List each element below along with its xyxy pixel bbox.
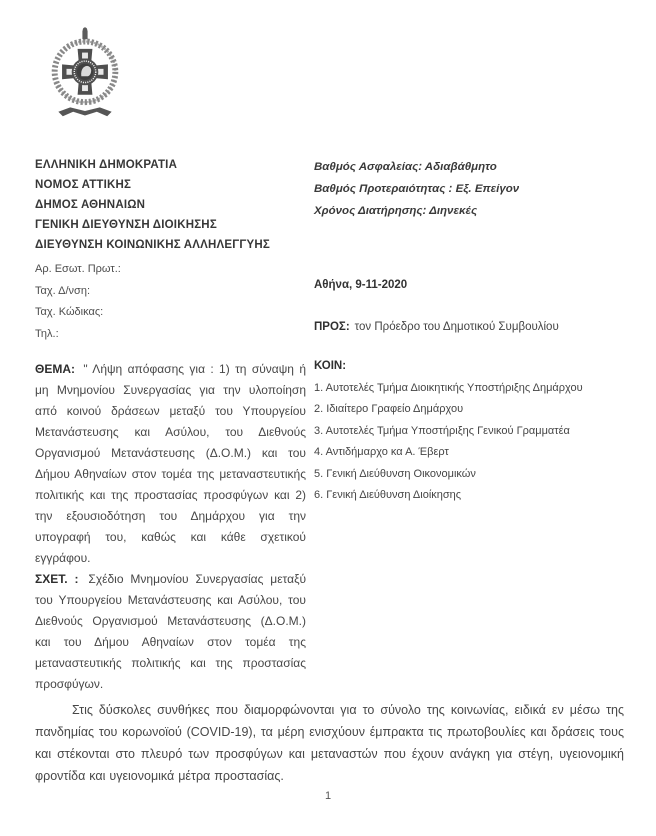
cc-list: ΚΟΙΝ: 1. Αυτοτελές Τμήμα Διοικητικής Υπο… [314,356,583,507]
date-line: Αθήνα, 9-11-2020 [314,279,407,291]
subject-label: ΘΕΜΑ: [35,362,75,376]
subject-section: ΘΕΜΑ: " Λήψη απόφασης για : 1) τη σύναψη… [35,359,306,695]
org-line: ΔΗΜΟΣ ΑΘΗΝΑΙΩΝ [35,195,270,215]
contact-line: Ταχ. Δ/νση: [35,281,121,303]
koin-label: ΚΟΙΝ: [314,356,583,378]
athens-coat-of-arms-logo [48,24,122,130]
contact-line: Ταχ. Κώδικας: [35,302,121,324]
pros-label: ΠΡΟΣ: [314,321,350,333]
classification-line: Βαθμός Προτεραιότητας : Εξ. Επείγον [314,178,519,200]
contact-info: Αρ. Εσωτ. Πρωτ.: Ταχ. Δ/νση: Ταχ. Κώδικα… [35,259,121,345]
recipient-line: ΠΡΟΣ:τον Πρόεδρο του Δημοτικού Συμβουλίο… [314,321,559,333]
classification-line: Βαθμός Ασφαλείας: Αδιαβάθμητο [314,156,519,178]
contact-line: Τηλ.: [35,324,121,346]
cc-item: 1. Αυτοτελές Τμήμα Διοικητικής Υποστήριξ… [314,378,583,400]
reference-text: Σχέδιο Μνημονίου Συνεργασίας μεταξύ του … [35,572,306,691]
pros-value: τον Πρόεδρο του Δημοτικού Συμβουλίου [355,321,559,333]
reference-paragraph: ΣΧΕΤ. : Σχέδιο Μνημονίου Συνεργασίας μετ… [35,569,306,695]
reference-label: ΣΧΕΤ. : [35,572,78,586]
page-number: 1 [0,790,656,802]
org-header: ΕΛΛΗΝΙΚΗ ΔΗΜΟΚΡΑΤΙΑ ΝΟΜΟΣ ΑΤΤΙΚΗΣ ΔΗΜΟΣ … [35,155,270,255]
cc-item: 2. Ιδιαίτερο Γραφείο Δημάρχου [314,399,583,421]
cc-item: 3. Αυτοτελές Τμήμα Υποστήριξης Γενικού Γ… [314,421,583,443]
cc-item: 4. Αντιδήμαρχο κα Α. Έβερτ [314,442,583,464]
subject-paragraph: ΘΕΜΑ: " Λήψη απόφασης για : 1) τη σύναψη… [35,359,306,569]
subject-text: " Λήψη απόφασης για : 1) τη σύναψη ή μη … [35,362,306,565]
org-line: ΝΟΜΟΣ ΑΤΤΙΚΗΣ [35,175,270,195]
document-page: ΕΛΛΗΝΙΚΗ ΔΗΜΟΚΡΑΤΙΑ ΝΟΜΟΣ ΑΤΤΙΚΗΣ ΔΗΜΟΣ … [0,0,656,836]
cc-item: 6. Γενική Διεύθυνση Διοίκησης [314,485,583,507]
contact-line: Αρ. Εσωτ. Πρωτ.: [35,259,121,281]
cc-item: 5. Γενική Διεύθυνση Οικονομικών [314,464,583,486]
classification-header: Βαθμός Ασφαλείας: Αδιαβάθμητο Βαθμός Προ… [314,156,519,222]
body-paragraph: Στις δύσκολες συνθήκες που διαμορφώνοντα… [35,699,624,787]
org-line: ΔΙΕΥΘΥΝΣΗ ΚΟΙΝΩΝΙΚΗΣ ΑΛΛΗΛΕΓΓΥΗΣ [35,235,270,255]
org-line: ΕΛΛΗΝΙΚΗ ΔΗΜΟΚΡΑΤΙΑ [35,155,270,175]
org-line: ΓΕΝΙΚΗ ΔΙΕΥΘΥΝΣΗ ΔΙΟΙΚΗΣΗΣ [35,215,270,235]
classification-line: Χρόνος Διατήρησης: Διηνεκές [314,200,519,222]
